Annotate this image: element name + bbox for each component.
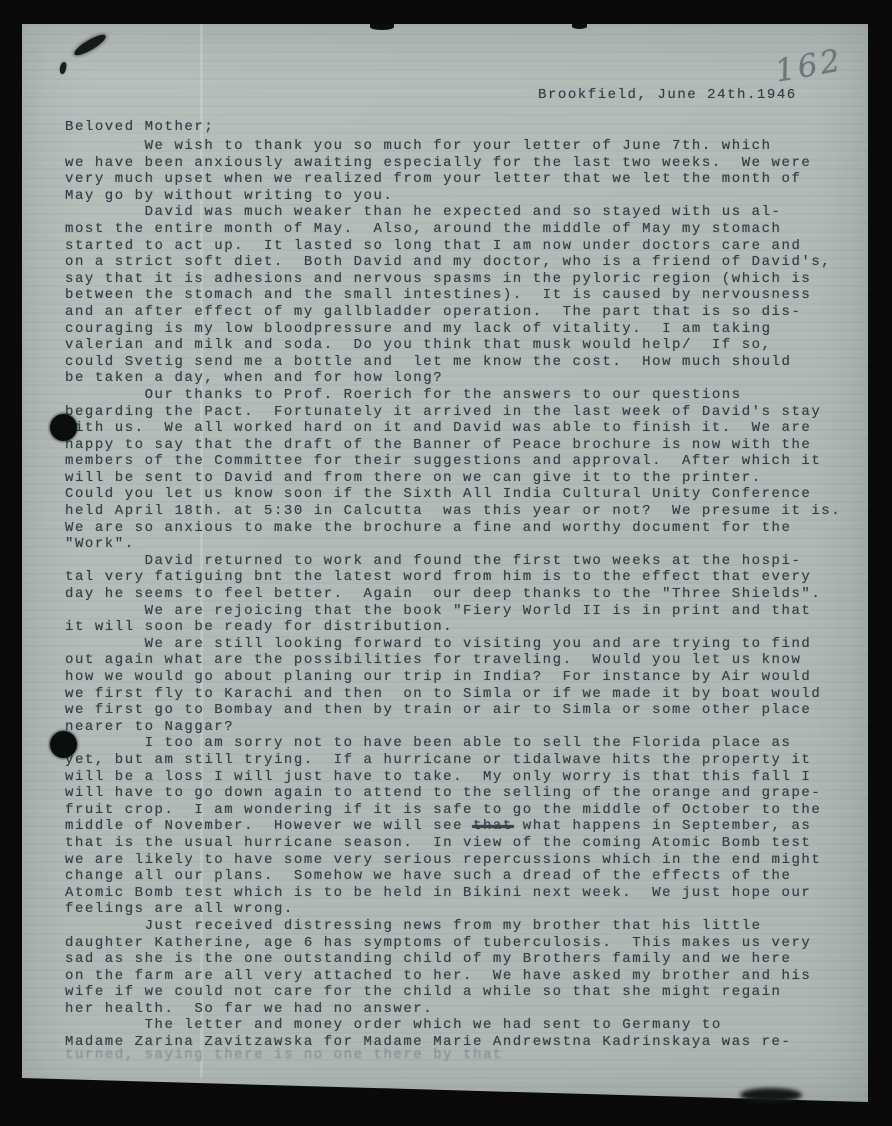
scan-edge-smudge	[740, 1088, 802, 1102]
letter-date: Brookfield, June 24th.1946	[538, 87, 797, 104]
letter-body: We wish to thank you so much for your le…	[65, 138, 841, 1051]
letter-salutation: Beloved Mother;	[65, 119, 214, 136]
letter-faded-last-line: turned, saying there is no one there by …	[65, 1047, 503, 1064]
scanned-letter-page: 162 Brookfield, June 24th.1946 Beloved M…	[0, 0, 892, 1126]
hole-punch	[50, 731, 77, 758]
strikethrough-overtype-mark	[472, 825, 514, 828]
hole-punch	[50, 414, 77, 441]
paper-edge-nick	[572, 24, 587, 29]
paper-edge-nick	[370, 24, 394, 30]
